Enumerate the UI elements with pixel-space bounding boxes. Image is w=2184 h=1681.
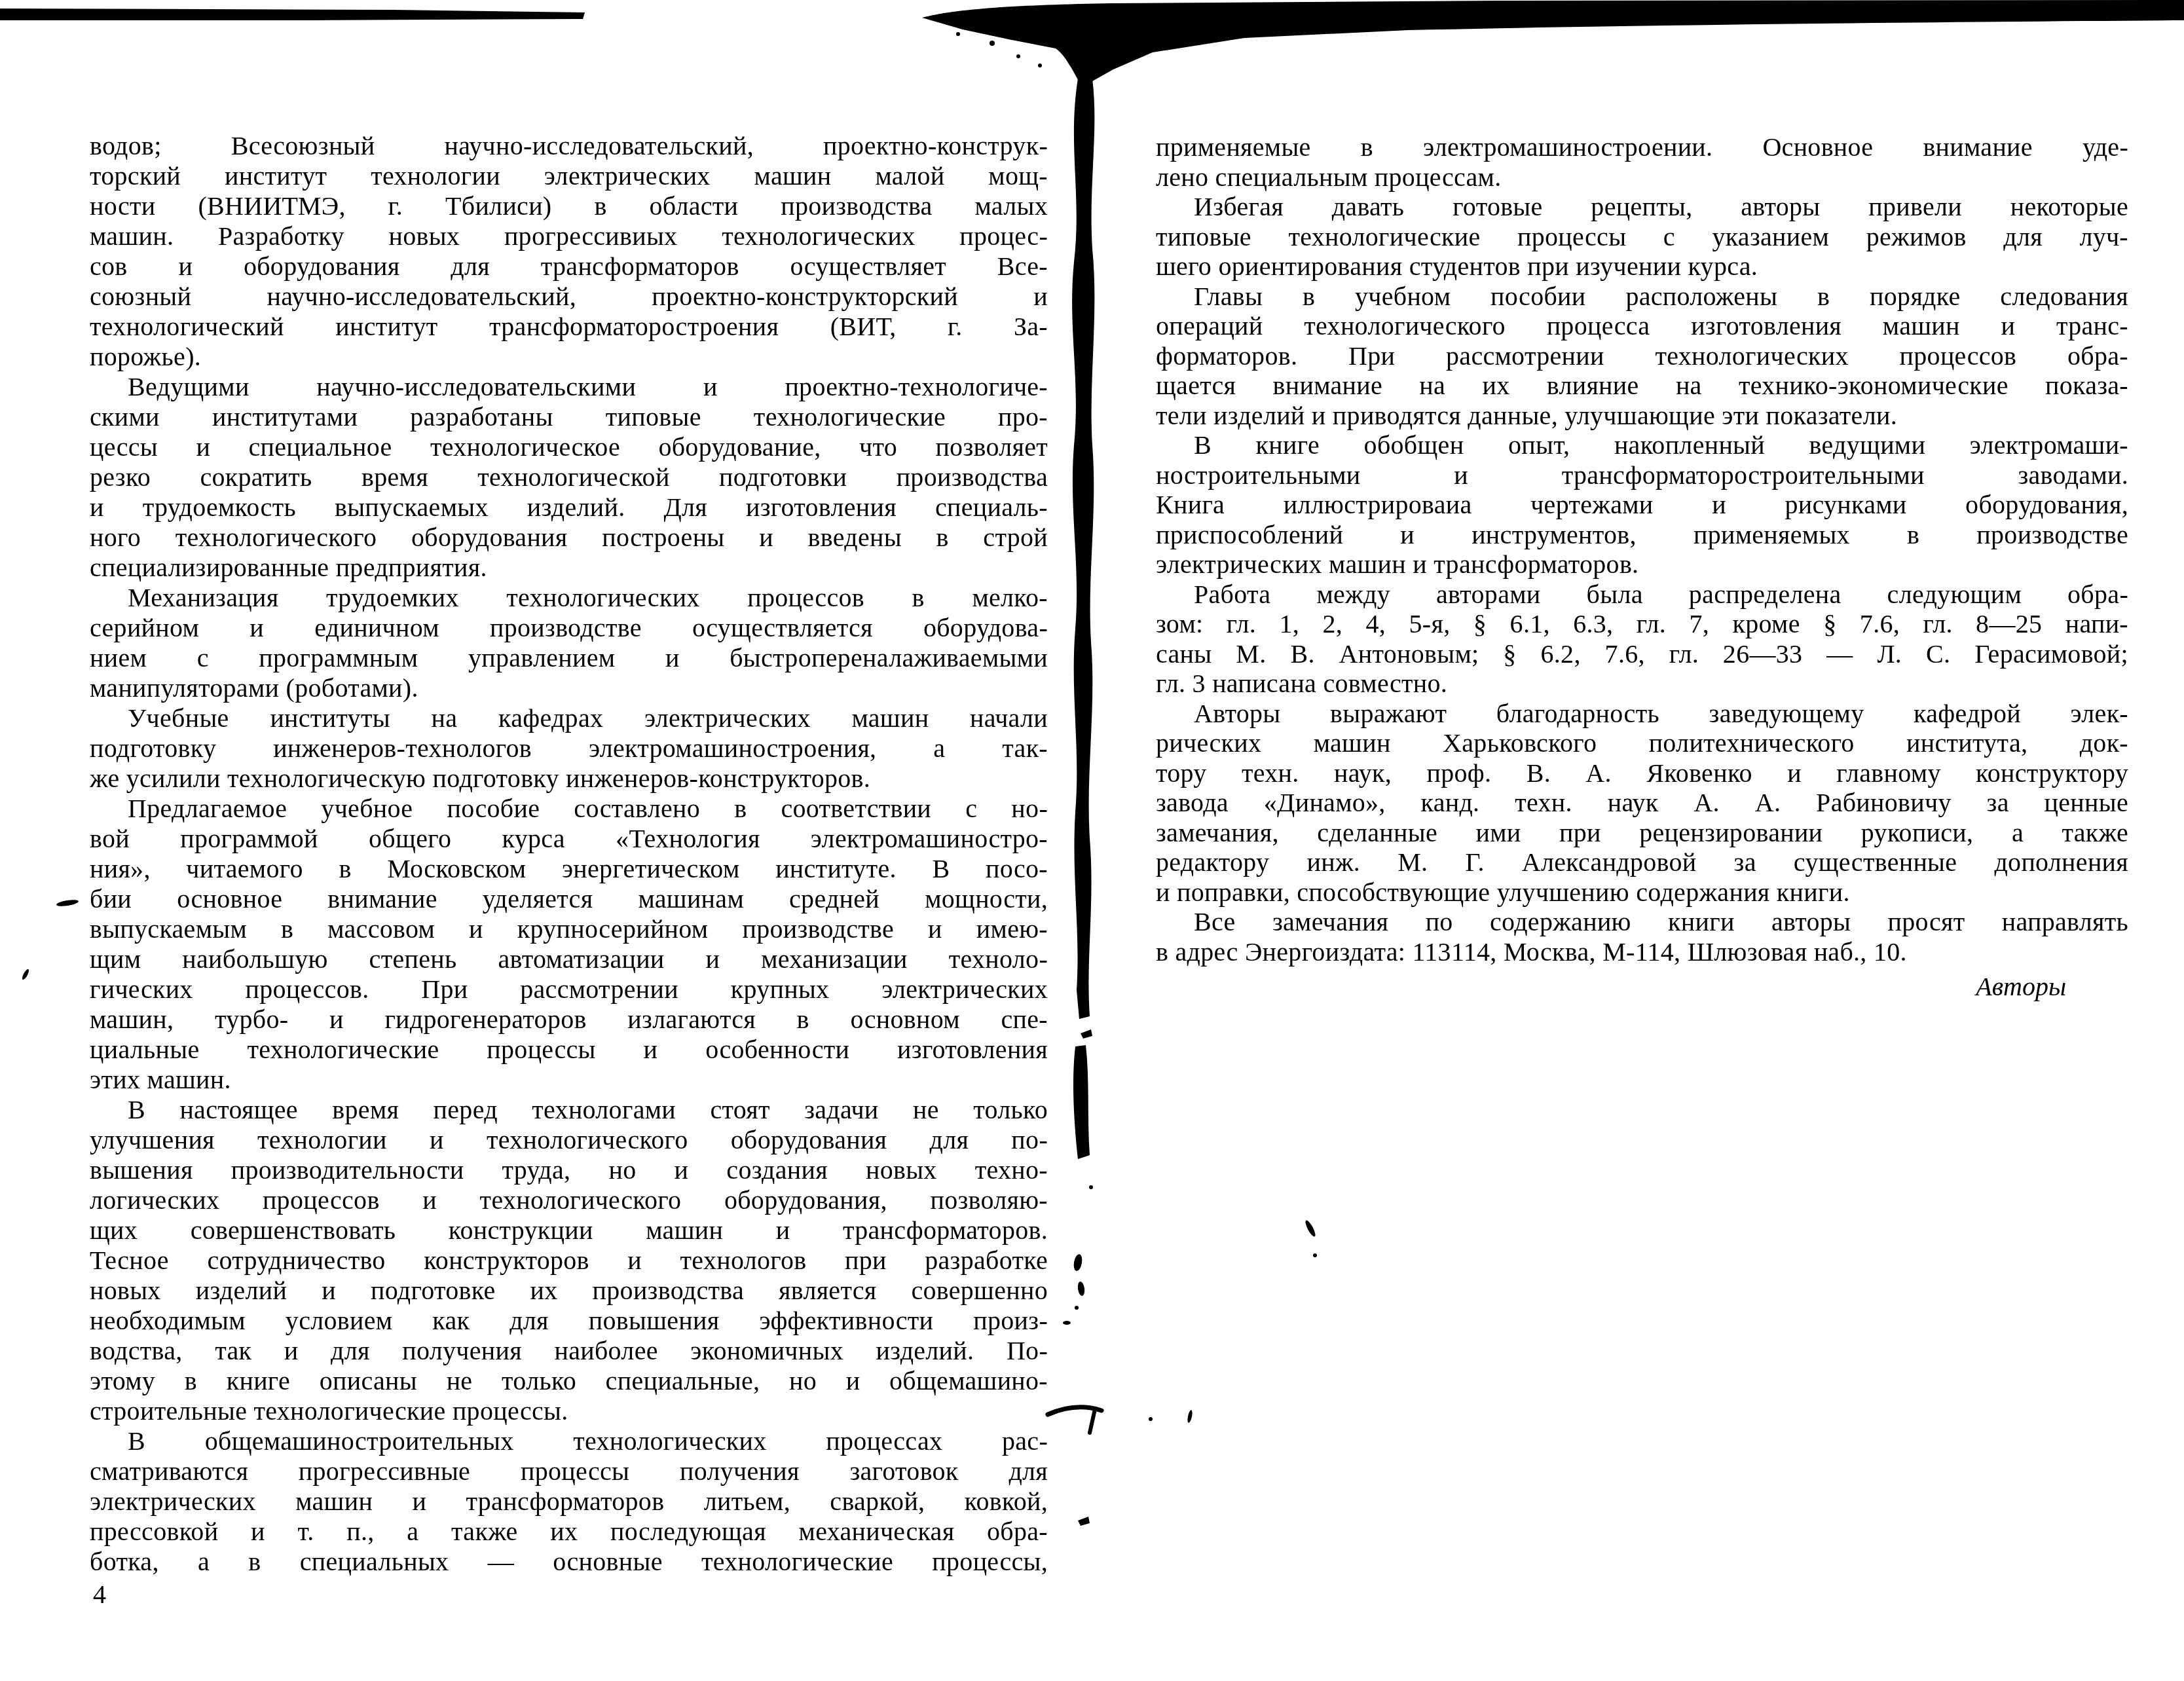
text-line: цессы и специальное технологическое обор… (90, 432, 1048, 462)
text-line: электрических машин и трансформаторов ли… (90, 1487, 1048, 1517)
text-line: ностроительными и трансформаторостроител… (1156, 460, 2128, 490)
text-line: рических машин Харьковского политехничес… (1156, 728, 2128, 758)
text-line: и поправки, способствующие улучшению сод… (1156, 877, 2128, 908)
paragraph: В книге обобщен опыт, накопленный ведущи… (1156, 430, 2128, 580)
text-line: шего ориентирования студентов при изучен… (1156, 251, 2128, 282)
scan-edge-top-left (0, 9, 585, 20)
left-page-text: водов; Всесоюзный научно-исследовательск… (90, 131, 1048, 1577)
text-line: Все замечания по содержанию книги авторы… (1156, 907, 2128, 937)
text-line: В настоящее время перед технологами стоя… (90, 1095, 1048, 1125)
page-number: 4 (93, 1579, 106, 1610)
text-line: лено специальным процессам. (1156, 162, 2128, 193)
text-line: нием с программным управлением и быстроп… (90, 643, 1048, 673)
text-line: Главы в учебном пособии расположены в по… (1156, 282, 2128, 312)
stray-dot-1 (1313, 1253, 1317, 1257)
text-line: порожье). (90, 342, 1048, 372)
text-line: форматоров. При рассмотрении технологиче… (1156, 341, 2128, 371)
text-line: этих машин. (90, 1065, 1048, 1095)
text-line: манипуляторами (роботами). (90, 673, 1048, 703)
paragraph: Главы в учебном пособии расположены в по… (1156, 282, 2128, 431)
text-line: завода «Динамо», канд. техн. наук А. А. … (1156, 788, 2128, 818)
paragraph: Все замечания по содержанию книги авторы… (1156, 907, 2128, 967)
text-line: технологический институт трансформаторос… (90, 312, 1048, 342)
stray-dot-2 (1149, 1417, 1153, 1421)
text-line: зом: гл. 1, 2, 4, 5-я, § 6.1, 6.3, гл. 7… (1156, 609, 2128, 639)
text-line: Избегая давать готовые рецепты, авторы п… (1156, 192, 2128, 222)
text-line: и трудоемкость выпускаемых изделий. Для … (90, 492, 1048, 523)
text-line: логических процессов и технологического … (90, 1185, 1048, 1215)
text-line: приспособлений и инструментов, применяем… (1156, 520, 2128, 550)
text-line: щается внимание на их влияние на технико… (1156, 371, 2128, 401)
text-line: Авторы выражают благодарность заведующем… (1156, 699, 2128, 729)
text-line: новых изделий и подготовке их производст… (90, 1276, 1048, 1306)
text-line: щим наибольшую степень автоматизации и м… (90, 944, 1048, 974)
paragraph: Механизация трудоемких технологических п… (90, 583, 1048, 703)
text-line: в адрес Энергоиздата: 113114, Москва, М-… (1156, 937, 2128, 967)
gutter-shadow-upper (1072, 79, 1094, 1019)
text-line: Предлагаемое учебное пособие составлено … (90, 794, 1048, 824)
gutter-shadow-lower (1073, 1045, 1090, 1159)
paragraph: В общемашиностроительных технологических… (90, 1426, 1048, 1577)
stray-tick-2 (1187, 1410, 1193, 1424)
gutter-speck (1081, 1029, 1092, 1039)
text-line: гических процессов. При рассмотрении кру… (90, 974, 1048, 1005)
text-line: резко сократить время технологической по… (90, 462, 1048, 492)
text-line: Тесное сотрудничество конструкторов и те… (90, 1246, 1048, 1276)
text-line: ного технологического оборудования постр… (90, 523, 1048, 553)
text-line: машин, турбо- и гидрогенераторов излагаю… (90, 1005, 1048, 1035)
margin-dash (56, 898, 79, 907)
text-line: Работа между авторами была распределена … (1156, 580, 2128, 610)
stray-curve (1048, 1407, 1101, 1414)
text-line: необходимым условием как для повышения э… (90, 1306, 1048, 1336)
text-line: редактору инж. М. Г. Александровой за су… (1156, 847, 2128, 877)
stray-backslash (1304, 1219, 1317, 1238)
text-line: применяемые в электромашиностроении. Осн… (1156, 132, 2128, 162)
margin-tick (21, 969, 30, 981)
paragraph: Авторы выражают благодарность заведующем… (1156, 699, 2128, 908)
paragraph: применяемые в электромашиностроении. Осн… (1156, 132, 2128, 192)
text-line: гл. 3 написана совместно. (1156, 669, 2128, 699)
paragraph: водов; Всесоюзный научно-исследовательск… (90, 131, 1048, 372)
text-line: Механизация трудоемких технологических п… (90, 583, 1048, 613)
paragraph: Учебные институты на кафедрах электричес… (90, 703, 1048, 794)
text-line: бии основное внимание уделяется машинам … (90, 884, 1048, 914)
text-line: серийном и единичном производстве осущес… (90, 613, 1048, 643)
authors-signature: Авторы (1156, 972, 2066, 1002)
paragraph: Избегая давать готовые рецепты, авторы п… (1156, 192, 2128, 282)
text-line: улучшения технологии и технологического … (90, 1125, 1048, 1155)
text-line: скими институтами разработаны типовые те… (90, 402, 1048, 432)
stray-speck (1078, 1517, 1090, 1526)
right-page-text: применяемые в электромашиностроении. Осн… (1156, 132, 2128, 967)
text-line: водов; Всесоюзный научно-исследовательск… (90, 131, 1048, 161)
paragraph: В настоящее время перед технологами стоя… (90, 1095, 1048, 1426)
text-line: вышения производительности труда, но и с… (90, 1155, 1048, 1185)
text-line: ния», читаемого в Московском энергетичес… (90, 854, 1048, 884)
text-line: подготовку инженеров-технологов электром… (90, 733, 1048, 764)
text-line: же усилили технологическую подготовку ин… (90, 764, 1048, 794)
text-line: замечания, сделанные ими при рецензирова… (1156, 818, 2128, 848)
text-line: Ведущими научно-исследовательскими и про… (90, 372, 1048, 402)
paragraph: Работа между авторами была распределена … (1156, 580, 2128, 699)
text-line: торский институт технологии электрически… (90, 161, 1048, 191)
text-line: ности (ВНИИТМЭ, г. Тбилиси) в области пр… (90, 191, 1048, 221)
text-line: водства, так и для получения наиболее эк… (90, 1336, 1048, 1366)
text-line: циальные технологические процессы и особ… (90, 1035, 1048, 1065)
text-line: выпускаемым в массовом и крупносерийном … (90, 914, 1048, 944)
text-line: союзный научно-исследовательский, проект… (90, 282, 1048, 312)
text-line: ботка, а в специальных — основные технол… (90, 1547, 1048, 1577)
scan-edge-top-right (922, 0, 2184, 87)
text-line: строительные технологические процессы. (90, 1396, 1048, 1426)
text-line: саны М. В. Антоновым; § 6.2, 7.6, гл. 26… (1156, 639, 2128, 669)
paragraph: Ведущими научно-исследовательскими и про… (90, 372, 1048, 583)
text-line: сматриваются прогрессивные процессы полу… (90, 1456, 1048, 1487)
text-line: операций технологического процесса изгот… (1156, 311, 2128, 341)
text-line: щих совершенствовать конструкции машин и… (90, 1215, 1048, 1246)
text-line: машин. Разработку новых прогрессивиых те… (90, 221, 1048, 251)
text-line: В общемашиностроительных технологических… (90, 1426, 1048, 1456)
text-line: сов и оборудования для трансформаторов о… (90, 251, 1048, 282)
text-line: типовые технологические процессы с указа… (1156, 222, 2128, 252)
text-line: этому в книге описаны не только специаль… (90, 1366, 1048, 1396)
text-line: тору техн. наук, проф. В. А. Яковенко и … (1156, 758, 2128, 788)
text-line: В книге обобщен опыт, накопленный ведущи… (1156, 430, 2128, 460)
text-line: прессовкой и т. п., а также их последующ… (90, 1517, 1048, 1547)
text-line: специализированные предприятия. (90, 553, 1048, 583)
paragraph: Предлагаемое учебное пособие составлено … (90, 794, 1048, 1095)
text-line: Книга иллюстрироваиа чертежами и рисунка… (1156, 490, 2128, 520)
book-spread: водов; Всесоюзный научно-исследовательск… (0, 0, 2184, 1681)
text-line: Учебные институты на кафедрах электричес… (90, 703, 1048, 733)
text-line: электрических машин и трансформаторов. (1156, 549, 2128, 580)
text-line: тели изделий и приводятся данные, улучша… (1156, 401, 2128, 431)
text-line: вой программой общего курса «Технология … (90, 824, 1048, 854)
